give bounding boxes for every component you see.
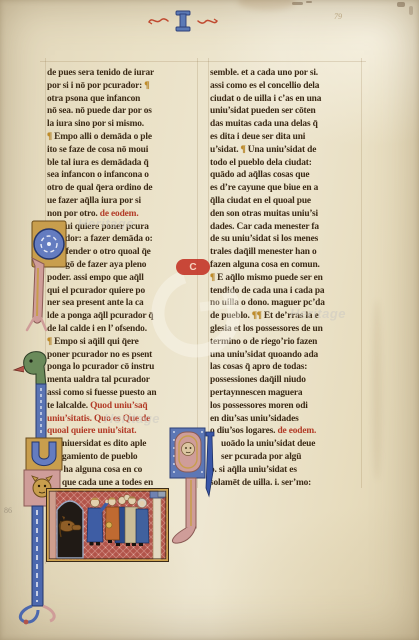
text-line: uoādo la uniu’sidat deue [210, 438, 362, 451]
text-line: solamēt de uilla. i. ser’mo: [210, 477, 362, 490]
text-line: poder. assi empo que aq̄ll [47, 272, 199, 285]
text-line: a deffender o otro quoal q̄e [47, 246, 199, 259]
body-text: sea infancon o infancona o [47, 170, 149, 180]
text-line: dor: a fazer demāda o: [47, 233, 199, 246]
body-text: solamēt de uilla. i. ser’mo: [210, 478, 311, 488]
body-text: ui quiere poner pcura [65, 222, 149, 232]
body-text: pertaynnescen maguera [210, 388, 302, 398]
body-text: ciudat o de uilla i c’as en una [210, 94, 321, 104]
archway-with-horse [57, 501, 83, 558]
text-line: assi como es el concellio dela [210, 80, 362, 93]
text-line: lde a ponga aq̄ll pcurador q̄ [47, 310, 199, 323]
body-text: fazen alguna cosa en comun. [210, 260, 320, 270]
body-text: es dita i deue ser dita uni [210, 132, 305, 142]
text-line: le nogō de fazer aya pleno [47, 259, 199, 272]
parchment-stain [238, 0, 296, 10]
body-text: uoādo la uniu’sidat deue [221, 439, 315, 449]
body-text: ue fazer aq̄lla iura por si [47, 196, 141, 206]
body-text: otra psona que infancon [47, 94, 140, 104]
text-line: de pues sera tenido de iurar [47, 67, 199, 80]
folio-mark: 79 [334, 12, 342, 21]
text-line: den son otras muitas uniu’si [210, 208, 362, 221]
text-line: ui quiere poner pcura [47, 221, 199, 234]
body-text: o diu’sos logares. [210, 426, 277, 436]
text-line: dades. Car cada menester fa [210, 221, 362, 234]
text-line: o. si aq̄lla uniu’sidat es [210, 464, 362, 477]
pilcrow-mark: ¶ [144, 81, 149, 91]
body-text: dades. Car cada menester fa [210, 222, 319, 232]
text-line: das muitas cada una delas q̄ [210, 118, 362, 131]
text-line: otra psona que infancon [47, 93, 199, 106]
body-text: de pues sera tenido de iurar [47, 68, 154, 78]
body-text: no uilla o dono. maguer pc’da [210, 298, 325, 308]
body-text: de pueblo. [210, 311, 252, 321]
text-line: ¶ Empo alli o demāda o ple [47, 131, 199, 144]
text-line: tendido de cada una i cada pa [210, 285, 362, 298]
text-line: otro de qual q̄era ordino de [47, 182, 199, 195]
body-text: termino o de riego’rio fazen [210, 337, 317, 347]
body-text: nō sea. nō puede dar por os [47, 106, 152, 116]
body-text: q̄lla ciudat en el quoal pue [210, 196, 311, 206]
text-line: o diu’sos logares. de eodem. [210, 425, 362, 438]
pencil-mark: 86 [4, 506, 12, 515]
text-line: ue fazer aq̄lla iura por si [47, 195, 199, 208]
body-text: Empo si aq̄ill qui q̄ere [52, 337, 139, 347]
text-line: la iura sino por si mismo. [47, 118, 199, 131]
text-line: ¶ E aq̄llo mismo puede ser en [210, 272, 362, 285]
text-line: en diu’sas uniu’sidades [210, 413, 362, 426]
text-line: fazen alguna cosa en comun. [210, 259, 362, 272]
text-line: es dita i deue ser dita uni [210, 131, 362, 144]
body-text: E aq̄llo mismo puede ser en [215, 273, 323, 283]
numeral-i-glyph [174, 10, 192, 32]
body-text: Empo alli o demāda o ple [52, 132, 152, 142]
text-line: quādo ad aq̄llas cosas que [210, 169, 362, 182]
text-line: nō sea. nō puede dar por os [47, 105, 199, 118]
text-line: de su uniu’sidat si los menes [210, 233, 362, 246]
small-initial-q [203, 430, 217, 500]
book-numeral-group: I [140, 8, 226, 34]
body-text: otro de qual q̄era ordino de [47, 183, 152, 193]
text-line: q̄lla ciudat en el quoal pue [210, 195, 362, 208]
rubric-text: de eodem. [100, 209, 139, 219]
text-line: uniu’sidat pueden ser cōten [210, 105, 362, 118]
illuminated-initial-p [24, 218, 68, 334]
body-text: una uniu’sidat quoando ada [210, 350, 318, 360]
text-column-right: semble. et a cada uno por si.assi como e… [210, 67, 362, 489]
text-line: los possessores moren odi [210, 400, 362, 413]
text-line: no uilla o dono. maguer pc’da [210, 297, 362, 310]
body-text: semble. et a cada uno por si. [210, 68, 318, 78]
text-line: ponga lo pcurador cō instru [47, 361, 199, 374]
body-text: niuersidat es dito aple [62, 439, 146, 449]
body-text: tendido de cada una i cada pa [210, 286, 324, 296]
text-line: menta ualdra tal pcurador [47, 374, 199, 387]
text-line: sea infancon o infancona o [47, 169, 199, 182]
text-line: ito se faze de cosa nō moui [47, 144, 199, 157]
text-line: possessiones daq̄ill niudo [210, 374, 362, 387]
text-line: non por otro. de eodem. [47, 208, 199, 221]
text-line: ble tal iura es demādada q̄ [47, 157, 199, 170]
text-line: una uniu’sidat quoando ada [210, 349, 362, 362]
body-text: las cosas q̄ apro de todas: [210, 362, 307, 372]
ruling-line [40, 61, 366, 62]
text-line: ¶ Empo si aq̄ill qui q̄ere [47, 336, 199, 349]
body-text: possessiones daq̄ill niudo [210, 375, 306, 385]
flourish-icon [147, 15, 169, 27]
text-line: assi como si fuesse puesto an [47, 387, 199, 400]
body-text: trales daq̄ill menester han o [210, 247, 317, 257]
body-text: quādo ad aq̄llas cosas que [210, 170, 309, 180]
text-line: pertaynnescen maguera [210, 387, 362, 400]
rubric-text: Quod uniu’saq̄ [90, 401, 147, 411]
text-line: termino o de riego’rio fazen [210, 336, 362, 349]
text-line: semble. et a cada uno por si. [210, 67, 362, 80]
body-text: de su uniu’sidat si los menes [210, 234, 318, 244]
text-line: de pueblo. ¶¶ Et de’rras la e [210, 310, 362, 323]
text-line: trales daq̄ill menester han o [210, 246, 362, 259]
manuscript-page: I 79 86 de pues sera tenido de iurarpor … [0, 0, 419, 640]
text-line: de lal calde i en l’ ofsendo. [47, 323, 199, 336]
body-text: gamiento de pueblo [62, 452, 137, 462]
body-text: ser pcurada por algū [221, 452, 301, 462]
text-line: ser pcurada por algū [210, 451, 362, 464]
text-line: glesia et los possessores de un [210, 323, 362, 336]
text-line: por si i nō por pcurador: ¶ [47, 80, 199, 93]
miniature-panel [46, 488, 169, 562]
body-text: o. si aq̄lla uniu’sidat es [210, 465, 297, 475]
body-text: ito se faze de cosa nō moui [47, 145, 148, 155]
text-line: te lalcalde. Quod uniu’saq̄ [47, 400, 199, 413]
body-text: Una uniu’sidat de [246, 145, 317, 155]
body-text: Et de’rras la e [262, 311, 319, 321]
ruling-line [208, 58, 209, 488]
page-edge-mark [397, 2, 405, 7]
body-text: uniu’sidat pueden ser cōten [210, 106, 316, 116]
text-line: todo el pueblo dela ciudat: [210, 157, 362, 170]
body-text: en diu’sas uniu’sidades [210, 414, 299, 424]
miniature-scene [46, 488, 169, 562]
text-line: qui el pcurador quiere po [47, 285, 199, 298]
body-text: por si i nō por pcurador: [47, 81, 144, 91]
body-text: los possessores moren odi [210, 401, 308, 411]
page-edge-mark [306, 1, 312, 3]
text-line: ciudat o de uilla i c’as en una [210, 93, 362, 106]
illuminated-initial-u-border [12, 348, 64, 626]
body-text: das muitas cada una delas q̄ [210, 119, 318, 129]
body-text: es d’re cayune que biue en a [210, 183, 318, 193]
text-line: las cosas q̄ apro de todas: [210, 361, 362, 374]
rubric-text: de eodem. [277, 426, 316, 436]
text-line: es d’re cayune que biue en a [210, 182, 362, 195]
body-text: assi como es el concellio dela [210, 81, 319, 91]
text-line: poner pcurador no es psent [47, 349, 199, 362]
body-text: ble tal iura es demādada q̄ [47, 158, 149, 168]
text-line: ner sea present ante la ca [47, 297, 199, 310]
flourish-icon [197, 15, 219, 27]
text-line: u’sidat. ¶ Una uniu’sidat de [210, 144, 362, 157]
page-edge-mark [409, 6, 413, 15]
body-text: glesia et los possessores de un [210, 324, 323, 334]
parchment-crease [372, 300, 382, 480]
body-text: u’sidat. [210, 145, 241, 155]
body-text: todo el pueblo dela ciudat: [210, 158, 312, 168]
body-text: la iura sino por si mismo. [47, 119, 144, 129]
body-text: den son otras muitas uniu’si [210, 209, 318, 219]
body-text: dor: a fazer demāda o: [65, 234, 153, 244]
